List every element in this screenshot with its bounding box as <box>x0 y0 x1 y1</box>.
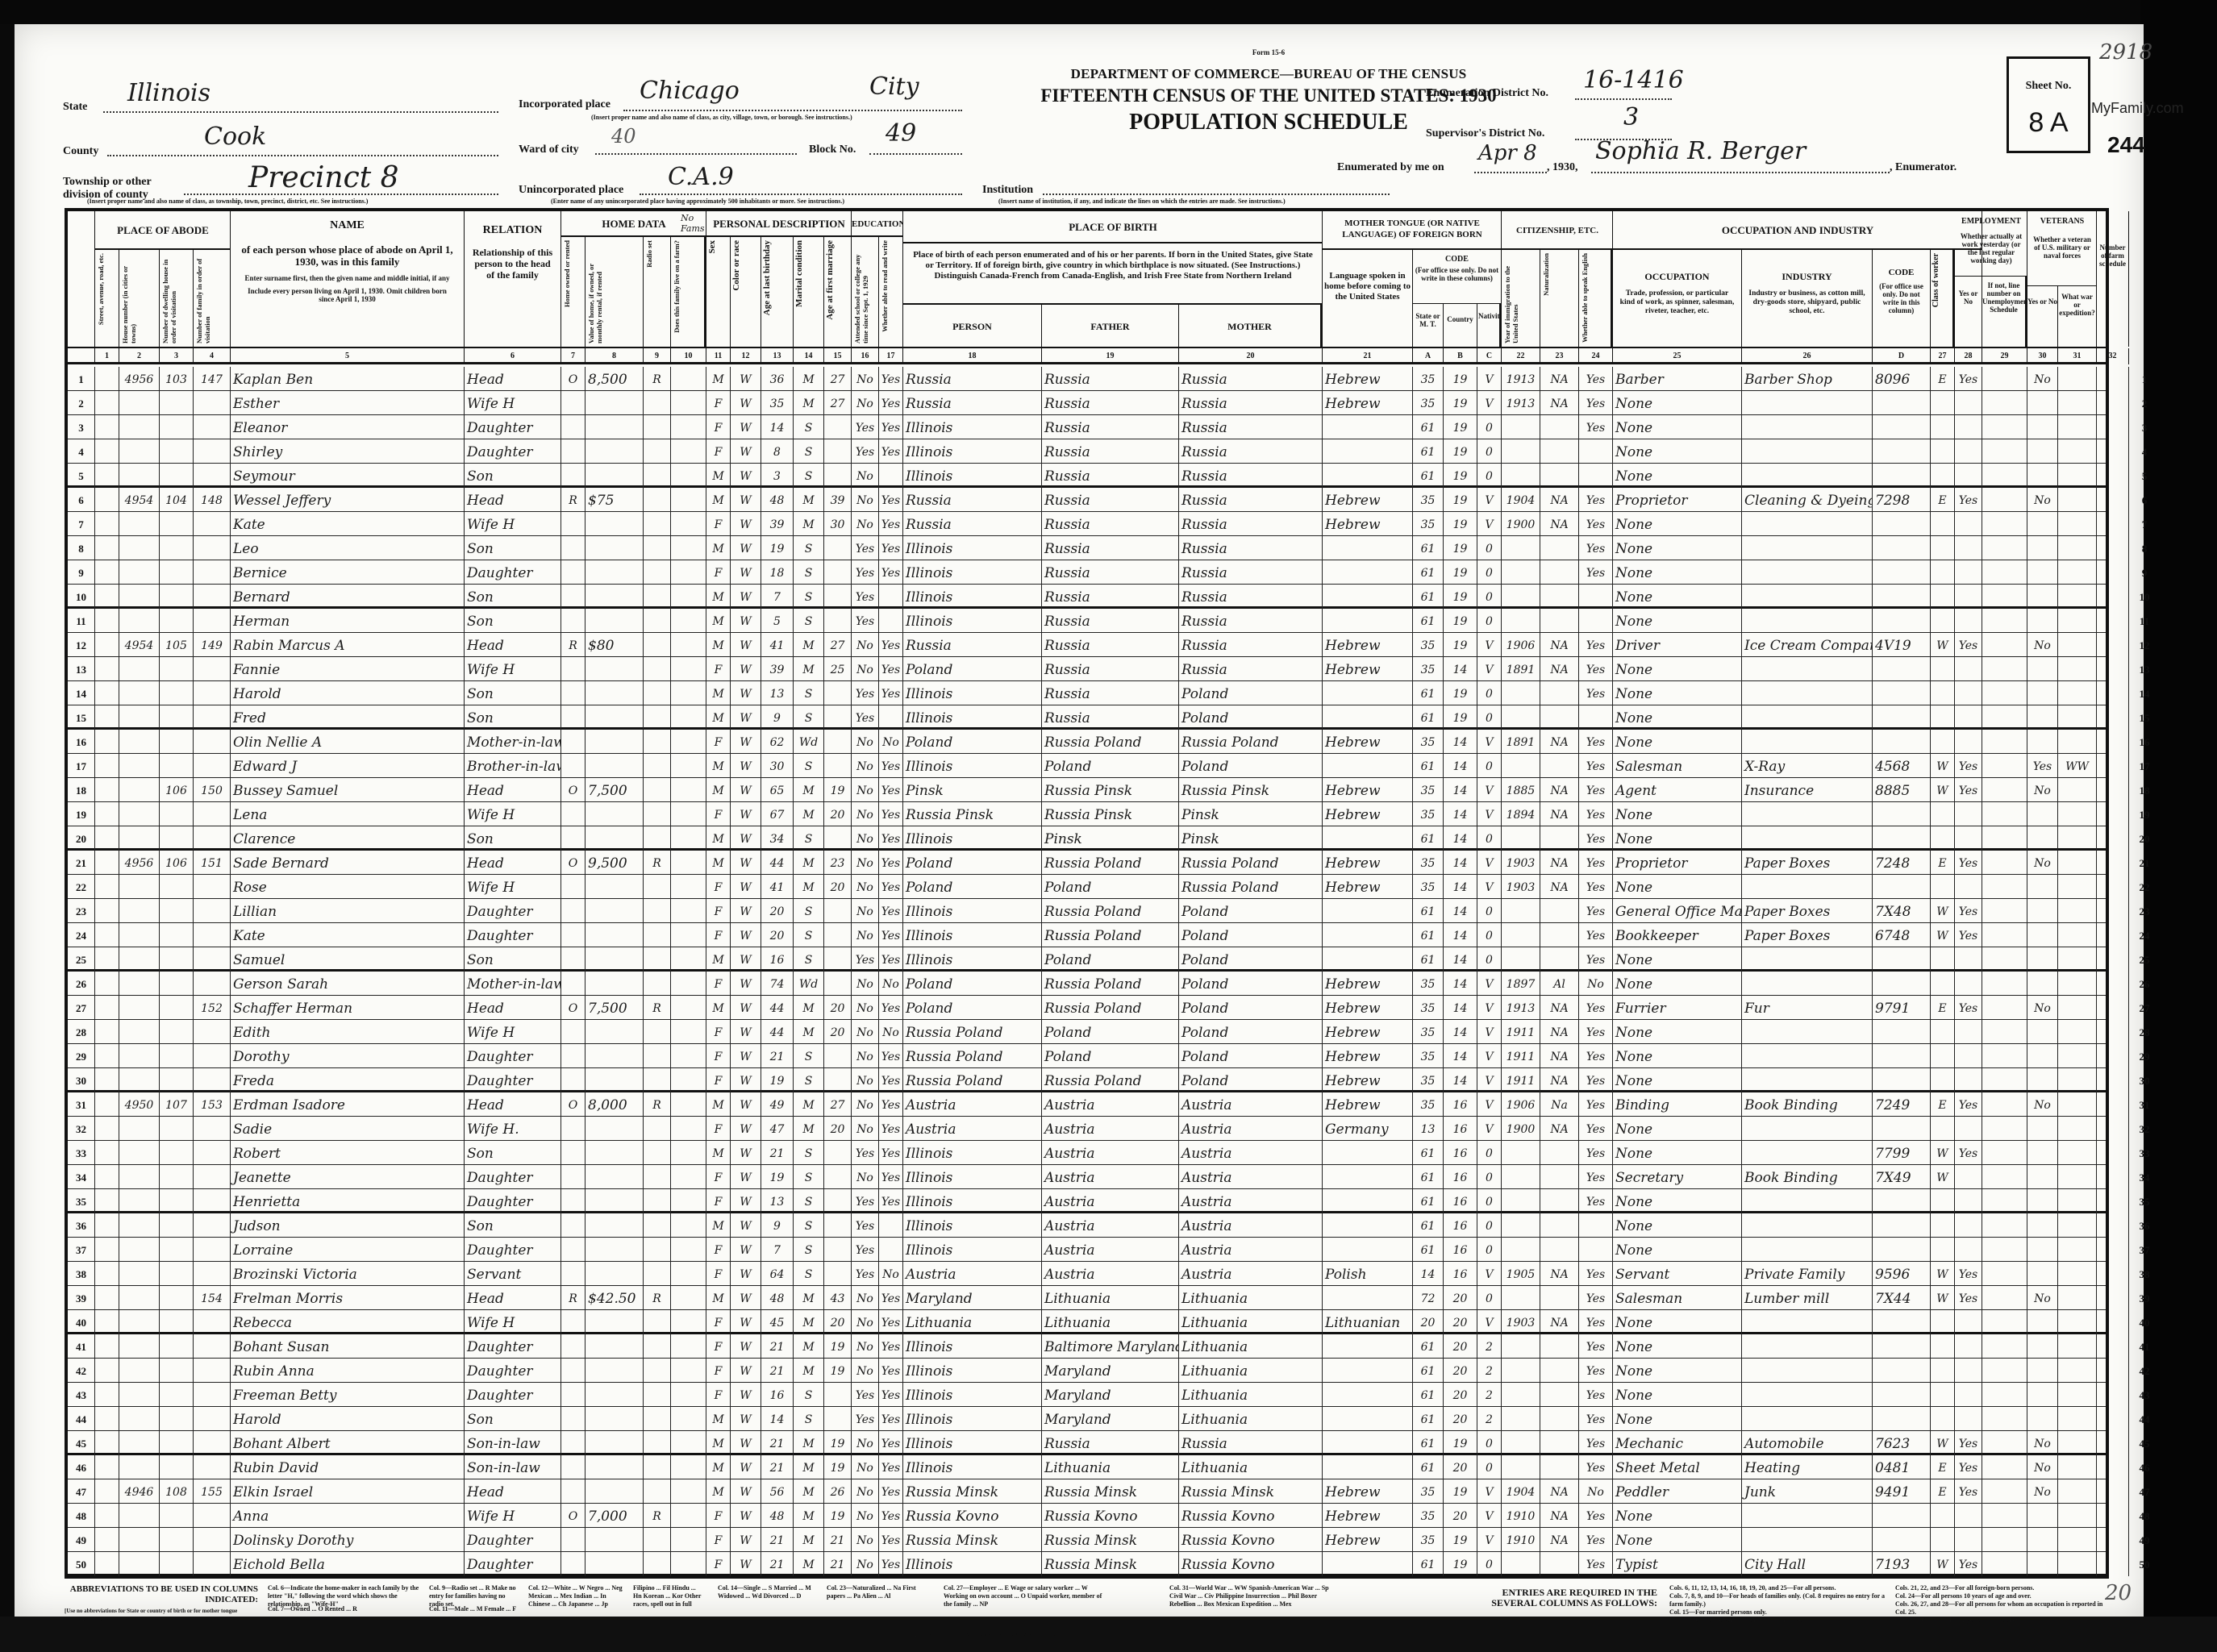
cell-code: 0481 <box>1873 1455 1931 1479</box>
cell-sch: No <box>852 1359 879 1383</box>
cell-eng: Yes <box>1579 1334 1613 1359</box>
enumerator-label: , Enumerator. <box>1890 161 1957 174</box>
col-14-label: Marital condition <box>794 237 805 310</box>
column-number: 21 <box>1323 348 1413 364</box>
cell-unemp <box>1982 875 2027 899</box>
cell-own <box>561 1262 586 1286</box>
column-number-spacer <box>68 348 95 364</box>
cell-war <box>2058 1238 2097 1262</box>
cell-val <box>586 1141 644 1165</box>
cell-ind <box>1742 1044 1873 1068</box>
cell-ind <box>1742 875 1873 899</box>
cell-lang: Hebrew <box>1323 778 1413 802</box>
cell-cc: 0 <box>1477 536 1502 560</box>
cell-radio <box>644 1479 671 1504</box>
required-entries-left: Cols. 6, 11, 12, 13, 14, 16, 18, 19, 20,… <box>1669 1584 1887 1625</box>
cell-work: Yes <box>1955 488 1982 512</box>
cell-work <box>1955 585 1982 609</box>
column-number: 5 <box>231 348 465 364</box>
cell-code <box>1873 464 1931 488</box>
col-30-label: Yes or No <box>2027 298 2057 306</box>
cell-ind <box>1742 1020 1873 1044</box>
cell-agem: 39 <box>824 488 852 512</box>
cell-lang: Hebrew <box>1323 1479 1413 1504</box>
required-2: Cols. 7, 8, 9, and 10—For heads of famil… <box>1669 1592 1887 1608</box>
cell-house <box>119 1262 160 1286</box>
cell-vet <box>2027 1383 2058 1407</box>
table-row: 25SamuelSonMW16SYesYesIllinoisPolandPola… <box>68 947 2106 972</box>
cell-war <box>2058 488 2097 512</box>
cell-war <box>2058 851 2097 875</box>
cell-line2: 31 <box>2129 1092 2160 1117</box>
cell-cls <box>1931 705 1955 730</box>
table-row: 46Rubin DavidSon-in-lawMW21M19NoYesIllin… <box>68 1455 2106 1479</box>
cell-imm: 1906 <box>1502 1092 1540 1117</box>
cell-dw <box>160 899 194 923</box>
cell-fam <box>194 1383 231 1407</box>
cell-work <box>1955 1407 1982 1431</box>
cell-mar: S <box>794 681 824 705</box>
cell-dw <box>160 1141 194 1165</box>
cell-cb: 16 <box>1444 1141 1477 1165</box>
cell-rel: Son <box>465 681 561 705</box>
cell-street <box>95 1407 119 1431</box>
cell-val <box>586 1044 644 1068</box>
cell-val <box>586 585 644 609</box>
cell-dw <box>160 1238 194 1262</box>
cell-ind <box>1742 1068 1873 1092</box>
cell-val <box>586 1334 644 1359</box>
cell-lang <box>1323 1189 1413 1213</box>
cell-cc: V <box>1477 778 1502 802</box>
cell-work: Yes <box>1955 1455 1982 1479</box>
cell-code: 9791 <box>1873 996 1931 1020</box>
cell-line2: 49 <box>2129 1528 2160 1552</box>
cell-imm <box>1502 1165 1540 1189</box>
cell-lang <box>1323 560 1413 585</box>
cell-mar: S <box>794 947 824 972</box>
col-17-label: Whether able to read and write <box>879 237 890 335</box>
cell-imm: 1913 <box>1502 391 1540 415</box>
occupation-title: OCCUPATION AND INDUSTRY <box>1613 211 1982 250</box>
cell-rw: Yes <box>879 1165 903 1189</box>
cell-farm <box>671 1407 706 1431</box>
cell-imm: 1891 <box>1502 657 1540 681</box>
cell-cb: 19 <box>1444 512 1477 536</box>
cell-fbp: Russia <box>1042 367 1179 391</box>
cell-eng: Yes <box>1579 826 1613 851</box>
cell-race: W <box>731 633 761 657</box>
cell-ind: Paper Boxes <box>1742 899 1873 923</box>
employment-note: Whether actually at work yesterday (or t… <box>1957 232 2025 264</box>
cell-occ: Furrier <box>1613 996 1742 1020</box>
cell-fam <box>194 1165 231 1189</box>
cell-ca: 20 <box>1413 1310 1444 1334</box>
cell-occ: Typist <box>1613 1552 1742 1576</box>
cell-name: Harold <box>231 681 465 705</box>
cell-house <box>119 1359 160 1383</box>
cell-farm <box>671 1552 706 1576</box>
cell-mar: S <box>794 585 824 609</box>
cell-farm <box>671 391 706 415</box>
cell-vet: No <box>2027 633 2058 657</box>
cell-race: W <box>731 802 761 826</box>
cell-bp: Russia Kovno <box>903 1504 1042 1528</box>
cell-work: Yes <box>1955 1092 1982 1117</box>
cell-ca: 61 <box>1413 1455 1444 1479</box>
cell-house <box>119 1334 160 1359</box>
cell-name: Edith <box>231 1020 465 1044</box>
col-29-label: If not, line number on Unemployment Sche… <box>1982 281 2025 314</box>
cell-bp: Russia <box>903 488 1042 512</box>
cell-cb: 19 <box>1444 415 1477 439</box>
cell-age: 19 <box>761 1068 794 1092</box>
cell-agem <box>824 1213 852 1238</box>
cell-race: W <box>731 681 761 705</box>
cell-line: 38 <box>68 1262 95 1286</box>
cell-line2: 9 <box>2129 560 2160 585</box>
cell-lang: Hebrew <box>1323 488 1413 512</box>
cell-farm <box>671 802 706 826</box>
cell-cb: 14 <box>1444 1020 1477 1044</box>
cell-rw: No <box>879 730 903 754</box>
cell-race: W <box>731 560 761 585</box>
cell-sex: F <box>706 1238 731 1262</box>
cell-nat <box>1540 1238 1579 1262</box>
cell-code <box>1873 1238 1931 1262</box>
cell-fam <box>194 1213 231 1238</box>
cell-mar: S <box>794 1238 824 1262</box>
column-number: 20 <box>1179 348 1323 364</box>
cell-fbp: Lithuania <box>1042 1455 1179 1479</box>
cell-code <box>1873 705 1931 730</box>
cell-rel: Daughter <box>465 1383 561 1407</box>
cell-own <box>561 1238 586 1262</box>
cell-cb: 16 <box>1444 1165 1477 1189</box>
cell-code <box>1873 1504 1931 1528</box>
cell-street <box>95 609 119 633</box>
cell-work <box>1955 1213 1982 1238</box>
cell-sch: No <box>852 633 879 657</box>
cell-val <box>586 972 644 996</box>
cell-fbp: Austria <box>1042 1092 1179 1117</box>
cell-age: 21 <box>761 1431 794 1455</box>
column-number: 6 <box>465 348 561 364</box>
cell-own <box>561 947 586 972</box>
cell-nat <box>1540 1141 1579 1165</box>
cell-sex: M <box>706 681 731 705</box>
cell-farmsch <box>2097 947 2129 972</box>
cell-imm <box>1502 1407 1540 1431</box>
cell-sch: No <box>852 1165 879 1189</box>
cell-fbp: Russia Pinsk <box>1042 802 1179 826</box>
cell-age: 48 <box>761 1504 794 1528</box>
cell-fam <box>194 415 231 439</box>
cell-mar: M <box>794 1455 824 1479</box>
cell-race: W <box>731 1213 761 1238</box>
cell-unemp <box>1982 367 2027 391</box>
cell-ca: 61 <box>1413 585 1444 609</box>
cell-radio <box>644 923 671 947</box>
table-row: 64954104148Wessel JefferyHeadR$75MW48M39… <box>68 488 2106 512</box>
cell-sch: No <box>852 972 879 996</box>
cell-eng: Yes <box>1579 367 1613 391</box>
cell-val <box>586 947 644 972</box>
cell-street <box>95 705 119 730</box>
cell-dw <box>160 972 194 996</box>
cell-war <box>2058 1044 2097 1068</box>
cell-cc: 0 <box>1477 1552 1502 1576</box>
cell-farmsch <box>2097 1310 2129 1334</box>
cell-dw <box>160 1407 194 1431</box>
cell-ind <box>1742 681 1873 705</box>
cell-line2: 46 <box>2129 1455 2160 1479</box>
cell-work <box>1955 1020 1982 1044</box>
col-D-header: CODE (For office use only. Do not write … <box>1873 250 1931 347</box>
cell-mbp: Russia Kovno <box>1179 1504 1323 1528</box>
cell-dw <box>160 1455 194 1479</box>
cell-fam <box>194 536 231 560</box>
cell-cb: 14 <box>1444 826 1477 851</box>
relation-header: RELATION Relationship of this person to … <box>465 211 561 347</box>
cell-radio <box>644 1528 671 1552</box>
cell-farm <box>671 705 706 730</box>
cell-code <box>1873 730 1931 754</box>
cell-sch: No <box>852 1431 879 1455</box>
cell-cls <box>1931 585 1955 609</box>
cell-sch: No <box>852 754 879 778</box>
col-27-header: Class of worker <box>1931 250 1955 347</box>
cell-cls <box>1931 875 1955 899</box>
cell-street <box>95 657 119 681</box>
cell-age: 39 <box>761 512 794 536</box>
cell-eng: Yes <box>1579 633 1613 657</box>
cell-fbp: Russia Minsk <box>1042 1528 1179 1552</box>
required-1: Cols. 6, 11, 12, 13, 14, 16, 18, 19, 20,… <box>1669 1584 1887 1592</box>
cell-rw <box>879 1213 903 1238</box>
cell-house <box>119 754 160 778</box>
cell-work <box>1955 972 1982 996</box>
cell-nat <box>1540 1552 1579 1576</box>
col-31-header: What war or expedition? <box>2058 285 2097 347</box>
cell-val <box>586 802 644 826</box>
cell-age: 34 <box>761 826 794 851</box>
cell-code: 9491 <box>1873 1479 1931 1504</box>
cell-radio <box>644 391 671 415</box>
cell-mbp: Poland <box>1179 681 1323 705</box>
cell-nat: NA <box>1540 1044 1579 1068</box>
cell-line2: 36 <box>2129 1213 2160 1238</box>
cell-farm <box>671 560 706 585</box>
cell-line2: 47 <box>2129 1479 2160 1504</box>
cell-house <box>119 972 160 996</box>
cell-ind <box>1742 512 1873 536</box>
cell-agem <box>824 1262 852 1286</box>
cell-code <box>1873 585 1931 609</box>
cell-sex: M <box>706 1213 731 1238</box>
cell-code <box>1873 415 1931 439</box>
cell-name: Dolinsky Dorothy <box>231 1528 465 1552</box>
cell-line2: 41 <box>2129 1334 2160 1359</box>
cell-cb: 19 <box>1444 1479 1477 1504</box>
cell-mbp: Poland <box>1179 1044 1323 1068</box>
enumerator-name: Sophia R. Berger <box>1595 137 1806 165</box>
cell-vet <box>2027 1165 2058 1189</box>
cell-unemp <box>1982 536 2027 560</box>
cell-mbp: Russia Minsk <box>1179 1479 1323 1504</box>
cell-own <box>561 1165 586 1189</box>
cell-mar: M <box>794 488 824 512</box>
enumerated-year: , 1930, <box>1547 161 1578 174</box>
cell-farmsch <box>2097 512 2129 536</box>
cell-agem: 19 <box>824 1455 852 1479</box>
cell-war <box>2058 657 2097 681</box>
table-row: 7KateWife HFW39M30NoYesRussiaRussiaRussi… <box>68 512 2106 536</box>
cell-street <box>95 585 119 609</box>
column-number: 31 <box>2058 348 2097 364</box>
cell-ca: 35 <box>1413 778 1444 802</box>
cell-code <box>1873 1383 1931 1407</box>
unincorporated-value: C.A.9 <box>668 163 734 191</box>
cell-fbp: Russia Poland <box>1042 923 1179 947</box>
cell-sex: M <box>706 1286 731 1310</box>
cell-rel: Daughter <box>465 1359 561 1383</box>
cell-line: 16 <box>68 730 95 754</box>
cell-radio: R <box>644 996 671 1020</box>
cell-vet <box>2027 730 2058 754</box>
cell-lang <box>1323 415 1413 439</box>
col-21-label: Language spoken in home before coming to… <box>1323 271 1412 302</box>
table-row: 41Bohant SusanDaughterFW21M19NoYesIllino… <box>68 1334 2106 1359</box>
cell-line: 37 <box>68 1238 95 1262</box>
cell-code <box>1873 875 1931 899</box>
cell-rw: Yes <box>879 875 903 899</box>
cell-name: Eleanor <box>231 415 465 439</box>
cell-rw <box>879 1238 903 1262</box>
cell-sch: No <box>852 1092 879 1117</box>
cell-vet <box>2027 1262 2058 1286</box>
cell-rw: Yes <box>879 802 903 826</box>
cell-sex: F <box>706 560 731 585</box>
cell-dw <box>160 560 194 585</box>
cell-rw: Yes <box>879 488 903 512</box>
cell-work: Yes <box>1955 754 1982 778</box>
cell-eng: Yes <box>1579 681 1613 705</box>
col-1-label: Street, avenue, road, etc. <box>95 250 106 328</box>
cell-rw: Yes <box>879 826 903 851</box>
cell-occ: None <box>1613 972 1742 996</box>
cell-eng: Yes <box>1579 1020 1613 1044</box>
cell-fbp: Russia <box>1042 681 1179 705</box>
cell-house <box>119 996 160 1020</box>
cell-nat <box>1540 1189 1579 1213</box>
cell-agem <box>824 1068 852 1092</box>
cell-own <box>561 439 586 464</box>
cell-fam <box>194 681 231 705</box>
cell-fam <box>194 1044 231 1068</box>
cell-war <box>2058 826 2097 851</box>
cell-rel: Son <box>465 609 561 633</box>
cell-occ: Agent <box>1613 778 1742 802</box>
margin-mark: 20 <box>2105 1589 2132 1597</box>
cell-nat: NA <box>1540 996 1579 1020</box>
cell-line: 27 <box>68 996 95 1020</box>
col-16-label: Attended school or college any time sinc… <box>852 237 871 347</box>
cell-rel: Head <box>465 633 561 657</box>
cell-fbp: Poland <box>1042 875 1179 899</box>
cell-sch: Yes <box>852 947 879 972</box>
cell-farm <box>671 585 706 609</box>
cell-ca: 61 <box>1413 1552 1444 1576</box>
place-of-birth-note: Place of birth of each person enumerated… <box>910 250 1316 281</box>
cell-radio <box>644 947 671 972</box>
cell-mar: M <box>794 512 824 536</box>
cell-val <box>586 899 644 923</box>
cell-ind <box>1742 705 1873 730</box>
cell-rel: Daughter <box>465 415 561 439</box>
cell-age: 20 <box>761 923 794 947</box>
cell-line2: 10 <box>2129 585 2160 609</box>
cell-cls <box>1931 730 1955 754</box>
cell-cc: V <box>1477 1479 1502 1504</box>
cell-cb: 14 <box>1444 1068 1477 1092</box>
cell-line: 41 <box>68 1334 95 1359</box>
cell-war <box>2058 730 2097 754</box>
cell-val <box>586 730 644 754</box>
census-sheet: State Illinois County Cook Township or o… <box>15 24 2144 1617</box>
cell-street <box>95 1310 119 1334</box>
cell-farmsch <box>2097 1552 2129 1576</box>
cell-nat: Al <box>1540 972 1579 996</box>
cell-mbp: Russia Pinsk <box>1179 778 1323 802</box>
cell-line2: 5 <box>2129 464 2160 488</box>
cell-agem: 19 <box>824 1334 852 1359</box>
cell-line2: 23 <box>2129 899 2160 923</box>
table-row: 45Bohant AlbertSon-in-lawMW21M19NoYesIll… <box>68 1431 2106 1455</box>
cell-rw: Yes <box>879 1528 903 1552</box>
cell-imm: 1913 <box>1502 996 1540 1020</box>
cell-bp: Illinois <box>903 1238 1042 1262</box>
cell-ind: Book Binding <box>1742 1165 1873 1189</box>
cell-sch: Yes <box>852 439 879 464</box>
cell-ind <box>1742 1383 1873 1407</box>
cell-name: Kate <box>231 512 465 536</box>
cell-race: W <box>731 875 761 899</box>
cell-agem <box>824 1383 852 1407</box>
cell-line: 10 <box>68 585 95 609</box>
cell-cb: 14 <box>1444 899 1477 923</box>
cell-sex: M <box>706 1431 731 1455</box>
cell-line: 15 <box>68 705 95 730</box>
cell-cc: V <box>1477 1044 1502 1068</box>
cell-ind: Ice Cream Company <box>1742 633 1873 657</box>
cell-rel: Son-in-law <box>465 1455 561 1479</box>
cell-mbp: Poland <box>1179 996 1323 1020</box>
cell-rel: Wife H <box>465 875 561 899</box>
cell-mbp: Austria <box>1179 1213 1323 1238</box>
cell-mar: M <box>794 1310 824 1334</box>
cell-farmsch <box>2097 778 2129 802</box>
cell-dw <box>160 439 194 464</box>
cell-rel: Daughter <box>465 899 561 923</box>
cell-work <box>1955 1165 1982 1189</box>
cell-nat: NA <box>1540 488 1579 512</box>
cell-val <box>586 536 644 560</box>
cell-farmsch <box>2097 875 2129 899</box>
cell-farm <box>671 899 706 923</box>
cell-eng: Yes <box>1579 1528 1613 1552</box>
cell-name: Esther <box>231 391 465 415</box>
